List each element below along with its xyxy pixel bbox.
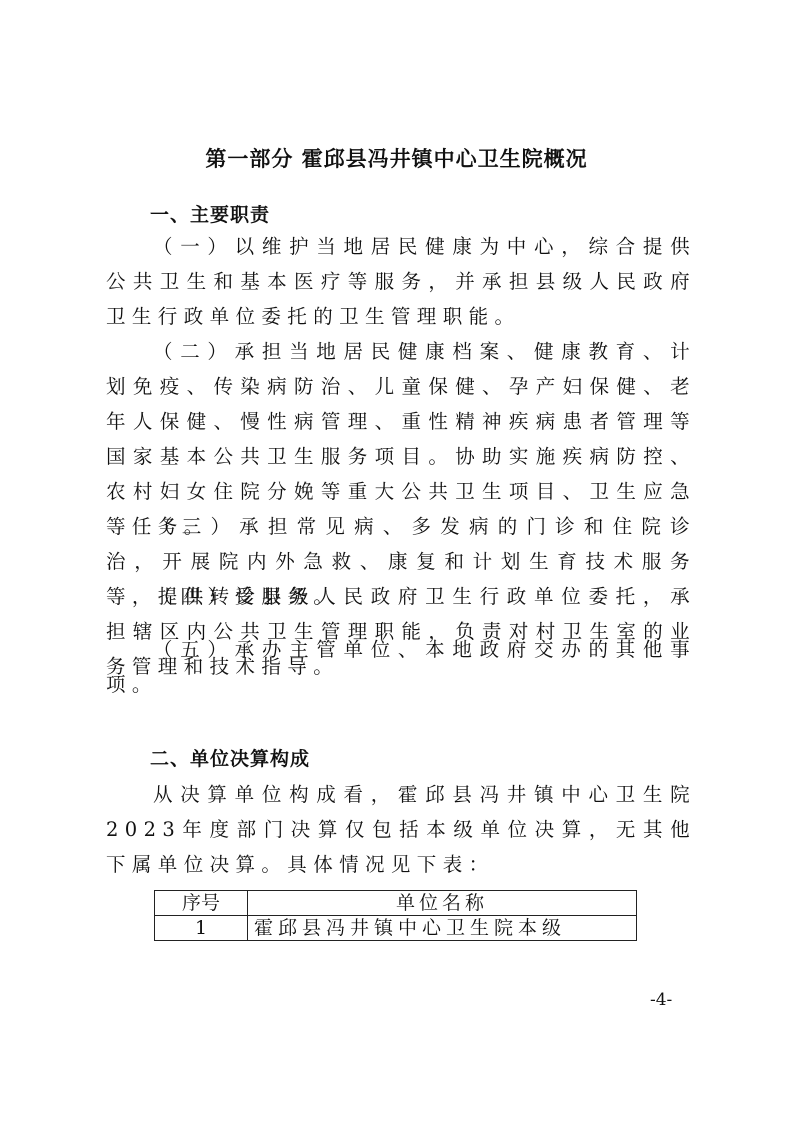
duty-paragraph-5: （五）承办主管单位、本地政府交办的其他事项。 <box>106 632 696 702</box>
duty-paragraph-1: （一）以维护当地居民健康为中心，综合提供公共卫生和基本医疗等服务，并承担县级人民… <box>106 229 696 334</box>
table-row: 1 霍邱县冯井镇中心卫生院本级 <box>155 916 637 941</box>
page-number: -4- <box>650 990 672 1010</box>
page-title: 第一部分 霍邱县冯井镇中心卫生院概况 <box>0 143 793 173</box>
header-unit-name: 单位名称 <box>248 891 637 916</box>
table-header-row: 序号 单位名称 <box>155 891 637 916</box>
header-index: 序号 <box>155 891 248 916</box>
section-heading-unit-composition: 二、单位决算构成 <box>150 744 310 771</box>
cell-index: 1 <box>155 916 248 941</box>
section-heading-main-duties: 一、主要职责 <box>150 200 270 227</box>
unit-table: 序号 单位名称 1 霍邱县冯井镇中心卫生院本级 <box>154 890 637 941</box>
composition-paragraph: 从决算单位构成看，霍邱县冯井镇中心卫生院2023年度部门决算仅包括本级单位决算，… <box>106 777 696 882</box>
cell-unit-name: 霍邱县冯井镇中心卫生院本级 <box>248 916 637 941</box>
